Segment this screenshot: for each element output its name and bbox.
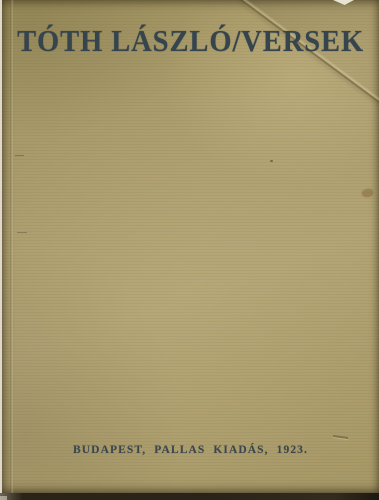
laid-paper-texture [2,0,379,493]
paper-speck [270,160,273,162]
spine-hinge-groove [10,0,14,493]
page-edge-shadow [0,493,379,500]
book-cover-photo: TÓTH LÁSZLÓ/VERSEK BUDAPEST, PALLAS KIAD… [0,0,379,500]
book-title: TÓTH LÁSZLÓ/VERSEK [17,22,364,59]
book-cover: TÓTH LÁSZLÓ/VERSEK BUDAPEST, PALLAS KIAD… [2,0,379,493]
edge-scratch [15,155,24,156]
publisher-imprint: BUDAPEST, PALLAS KIADÁS, 1923. [2,443,379,457]
edge-scratch [17,232,27,233]
